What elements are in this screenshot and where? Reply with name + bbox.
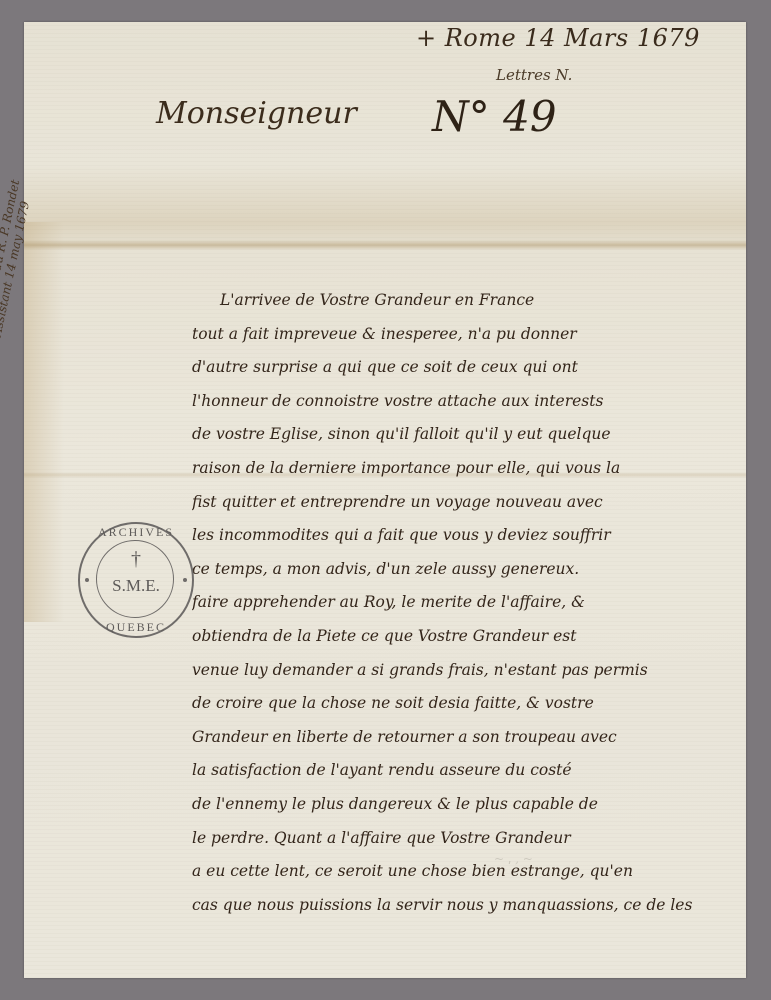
letter-number: N° 49 [432,92,557,141]
body-line: les incommodites qui a fait que vous y d… [192,519,732,553]
stamp-dot-left [85,578,89,582]
body-line: Grandeur en liberte de retourner a son t… [192,721,732,755]
body-line: cas que nous puissions la servir nous y … [192,889,732,923]
archives-stamp: ARCHIVES † S.M.E. QUEBEC [78,522,194,638]
stamp-dot-right [183,578,187,582]
body-line: de l'ennemy le plus dangereux & le plus … [192,788,732,822]
letter-body: L'arrivee de Vostre Grandeur en France t… [192,284,732,922]
manuscript-page: + Rome 14 Mars 1679 Lettres N. N° 49 Mon… [24,22,746,978]
bleed-through-ink: ~ ˌ , ~ [494,852,533,866]
edge-stain [24,222,64,622]
fold-crease [24,240,746,250]
body-line: fist quitter et entreprendre un voyage n… [192,486,732,520]
salutation: Monseigneur [156,96,357,131]
body-line: obtiendra de la Piete ce que Vostre Gran… [192,620,732,654]
body-line: faire apprehender au Roy, le merite de l… [192,586,732,620]
body-line: le perdre. Quant a l'affaire que Vostre … [192,822,732,856]
cross-icon: † [80,548,192,571]
body-line: l'honneur de connoistre vostre attache a… [192,385,732,419]
body-line: L'arrivee de Vostre Grandeur en France [192,284,732,318]
place-and-date: + Rome 14 Mars 1679 [416,24,700,52]
body-line: d'autre surprise a qui que ce soit de ce… [192,351,732,385]
body-line: raison de la derniere importance pour el… [192,452,732,486]
body-line: venue luy demander a si grands frais, n'… [192,654,732,688]
body-line: de vostre Eglise, sinon qu'il falloit qu… [192,418,732,452]
stamp-center-text: S.M.E. [80,576,192,596]
body-line: tout a fait impreveue & inesperee, n'a p… [192,318,732,352]
body-line: de croire que la chose ne soit desia fai… [192,687,732,721]
body-line: ce temps, a mon advis, d'un zele aussy g… [192,553,732,587]
body-line: la satisfaction de l'ayant rendu asseure… [192,754,732,788]
stamp-bottom-text: QUEBEC [80,620,192,635]
body-line: a eu cette lent, ce seroit une chose bie… [192,855,732,889]
collection-label: Lettres N. [496,66,572,84]
stamp-top-text: ARCHIVES [80,525,192,540]
